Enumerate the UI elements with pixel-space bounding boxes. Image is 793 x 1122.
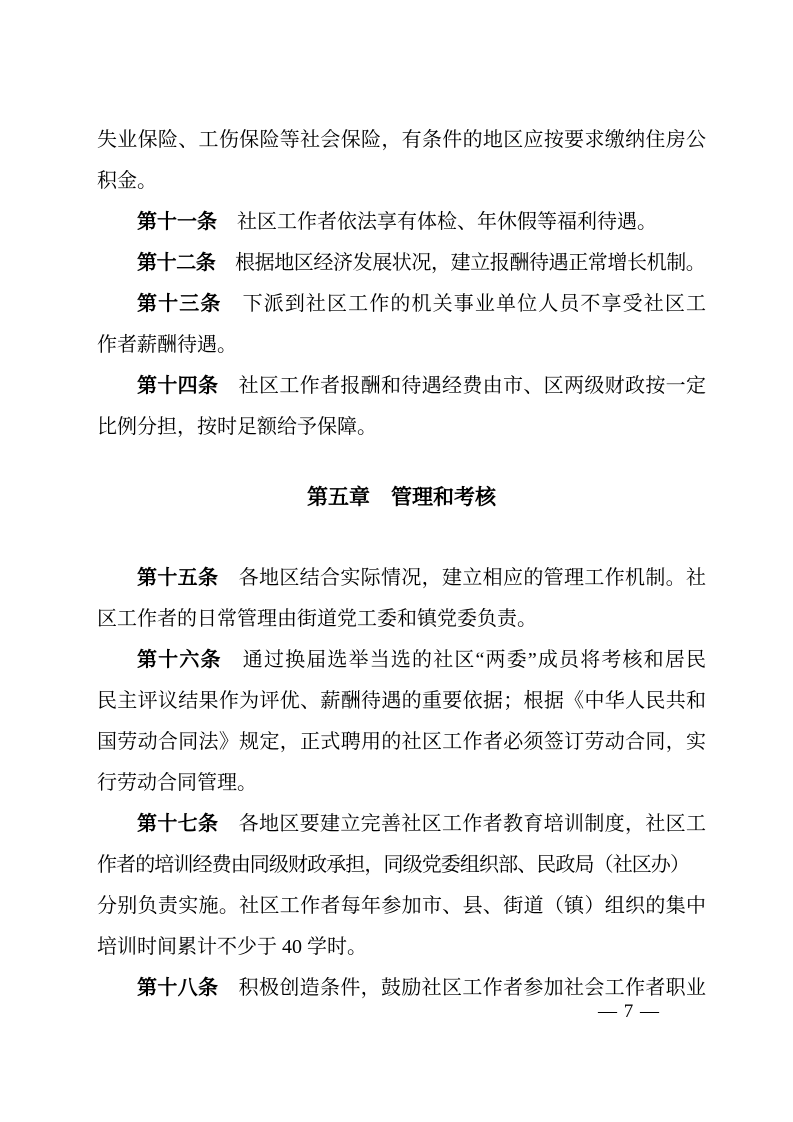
line-text: 通过换届选举当选的社区“两委”成员将考核和居民 bbox=[222, 649, 706, 671]
line-text: 区工作者的日常管理由街道党工委和镇党委负责。 bbox=[97, 608, 537, 630]
text-line: 民主评议结果作为评优、薪酬待遇的重要依据；根据《中华人民共和 bbox=[97, 681, 706, 722]
article-number-label: 第十四条 bbox=[137, 375, 218, 397]
line-text: 根据地区经济发展状况，建立报酬待遇正常增长机制。 bbox=[215, 252, 705, 274]
line-text: 社区工作者报酬和待遇经费由市、区两级财政按一定 bbox=[218, 375, 706, 397]
text-line: 行劳动合同管理。 bbox=[97, 763, 706, 804]
article-number-label: 第十一条 bbox=[137, 211, 217, 233]
document-body: 失业保险、工伤保险等社会保险，有条件的地区应按要求缴纳住房公积金。第十一条 社区… bbox=[97, 120, 706, 1009]
document-page: 失业保险、工伤保险等社会保险，有条件的地区应按要求缴纳住房公积金。第十一条 社区… bbox=[0, 0, 793, 1122]
line-text: 行劳动合同管理。 bbox=[97, 772, 257, 794]
line-text: 下派到社区工作的机关事业单位人员不享受社区工 bbox=[221, 293, 706, 315]
text-line: 国劳动合同法》规定，正式聘用的社区工作者必须签订劳动合同，实 bbox=[97, 722, 706, 763]
article-number-label: 第十二条 bbox=[137, 252, 215, 274]
chapter-heading: 第五章 管理和考核 bbox=[97, 477, 706, 518]
page-number: — 7 — bbox=[598, 998, 660, 1026]
text-line: 分别负责实施。社区工作者每年参加市、县、街道（镇）组织的集中 bbox=[97, 886, 706, 927]
article-number-label: 第十六条 bbox=[137, 649, 222, 671]
text-line: 第十七条 各地区要建立完善社区工作者教育培训制度，社区工 bbox=[97, 804, 706, 845]
line-text: 作者薪酬待遇。 bbox=[97, 334, 237, 356]
line-text: 比例分担，按时足额给予保障。 bbox=[97, 416, 377, 438]
article-number-label: 第十五条 bbox=[137, 567, 218, 589]
line-text: 失业保险、工伤保险等社会保险，有条件的地区应按要求缴纳住房公 bbox=[97, 129, 706, 151]
text-line: 第十六条 通过换届选举当选的社区“两委”成员将考核和居民 bbox=[97, 640, 706, 681]
line-text: 国劳动合同法》规定，正式聘用的社区工作者必须签订劳动合同，实 bbox=[97, 731, 706, 753]
text-line: 第十四条 社区工作者报酬和待遇经费由市、区两级财政按一定 bbox=[97, 366, 706, 407]
line-text: 各地区要建立完善社区工作者教育培训制度，社区工 bbox=[218, 813, 706, 835]
text-line: 第十五条 各地区结合实际情况，建立相应的管理工作机制。社 bbox=[97, 558, 706, 599]
article-number-label: 第十八条 bbox=[137, 977, 218, 999]
article-number-label: 第十七条 bbox=[137, 813, 218, 835]
text-line: 比例分担，按时足额给予保障。 bbox=[97, 407, 706, 448]
line-text: 培训时间累计不少于 40 学时。 bbox=[97, 936, 367, 958]
article-number-label: 第十三条 bbox=[137, 293, 221, 315]
text-line: 培训时间累计不少于 40 学时。 bbox=[97, 927, 706, 968]
line-text: 积极创造条件，鼓励社区工作者参加社会工作者职业 bbox=[218, 977, 706, 999]
line-text: 各地区结合实际情况，建立相应的管理工作机制。社 bbox=[218, 567, 706, 589]
text-line: 第十一条 社区工作者依法享有体检、年休假等福利待遇。 bbox=[97, 202, 706, 243]
line-text: 社区工作者依法享有体检、年休假等福利待遇。 bbox=[217, 211, 657, 233]
text-line: 作者的培训经费由同级财政承担，同级党委组织部、民政局（社区办） bbox=[97, 845, 706, 886]
line-text: 积金。 bbox=[97, 170, 157, 192]
text-line: 第十三条 下派到社区工作的机关事业单位人员不享受社区工 bbox=[97, 284, 706, 325]
text-line: 失业保险、工伤保险等社会保险，有条件的地区应按要求缴纳住房公 bbox=[97, 120, 706, 161]
text-line: 作者薪酬待遇。 bbox=[97, 325, 706, 366]
text-line: 第十二条 根据地区经济发展状况，建立报酬待遇正常增长机制。 bbox=[97, 243, 706, 284]
line-text: 分别负责实施。社区工作者每年参加市、县、街道（镇）组织的集中 bbox=[97, 895, 706, 917]
line-text: 第五章 管理和考核 bbox=[307, 485, 496, 509]
line-text: 作者的培训经费由同级财政承担，同级党委组织部、民政局（社区办） bbox=[97, 854, 689, 876]
text-line: 积金。 bbox=[97, 161, 706, 202]
line-text: 民主评议结果作为评优、薪酬待遇的重要依据；根据《中华人民共和 bbox=[97, 690, 706, 712]
text-line: 区工作者的日常管理由街道党工委和镇党委负责。 bbox=[97, 599, 706, 640]
